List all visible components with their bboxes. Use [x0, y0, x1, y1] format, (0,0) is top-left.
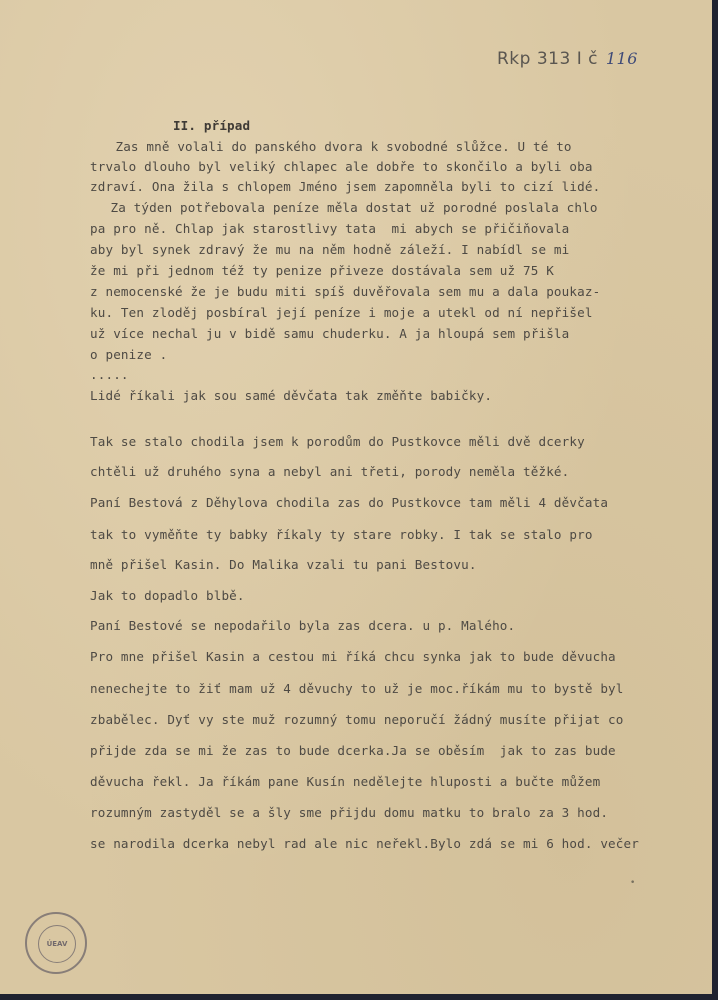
text-line: o penize . [90, 347, 167, 362]
text-line: se narodila dcerka nebyl rad ale nic neř… [90, 836, 639, 851]
text-line: Paní Bestové se nepodařilo byla zas dcer… [90, 618, 515, 633]
stamp-center: ÚEAV [38, 925, 76, 963]
text-line: zdraví. Ona žila s chlopem Jméno jsem za… [90, 179, 600, 194]
text-line: už více nechal ju v bidě samu chuderku. … [90, 326, 569, 341]
text-line: Tak se stalo chodila jsem k porodům do P… [90, 434, 585, 449]
archive-reference: Rkp 313 I č 116 [497, 49, 638, 69]
text-line: děvucha řekl. Ja říkám pane Kusín neděle… [90, 774, 600, 789]
text-line: Lidé říkali jak sou samé děvčata tak změ… [90, 388, 492, 403]
text-line: aby byl synek zdravý že mu na něm hodně … [90, 242, 569, 257]
archive-stamp: ÚEAV [25, 912, 87, 974]
text-line: Za týden potřebovala peníze měla dostat … [95, 200, 598, 215]
text-line: že mi při jednom též ty penize přiveze d… [90, 263, 554, 278]
reference-handwritten: 116 [606, 49, 638, 68]
text-line: ku. Ten zloděj posbíral její peníze i mo… [90, 305, 593, 320]
text-line: Paní Bestová z Děhylova chodila zas do P… [90, 495, 608, 510]
text-line: nenechejte to žiť mam už 4 děvuchy to už… [90, 681, 624, 696]
ink-speck: • [630, 878, 635, 888]
heading-text: II. případ [173, 118, 250, 133]
text-line: zbabělec. Dyť vy ste muž rozumný tomu ne… [90, 712, 624, 727]
reference-typed: Rkp 313 I č [497, 49, 598, 69]
text-line: Jak to dopadlo blbě. [90, 588, 245, 603]
text-line: Zas mně volali do panského dvora k svobo… [100, 139, 572, 154]
text-line: mně přišel Kasin. Do Malika vzali tu pan… [90, 557, 477, 572]
document-page: Rkp 313 I č 116 II. případ Zas mně volal… [0, 0, 712, 994]
text-line: chtěli už druhého syna a nebyl ani třeti… [90, 464, 569, 479]
text-line: přijde zda se mi že zas to bude dcerka.J… [90, 743, 616, 758]
text-line: tak to vyměňte ty babky říkaly ty stare … [90, 527, 593, 542]
text-line: ..... [90, 367, 129, 382]
text-line: rozumným zastyděl se a šly sme přijdu do… [90, 805, 608, 820]
text-line: Pro mne přišel Kasin a cestou mi říká ch… [90, 649, 616, 664]
text-line: trvalo dlouho byl veliký chlapec ale dob… [90, 159, 593, 174]
text-line: pa pro ně. Chlap jak starostlivy tata mi… [90, 221, 569, 236]
text-line: z nemocenské že je budu miti spíš duvěřo… [90, 284, 600, 299]
